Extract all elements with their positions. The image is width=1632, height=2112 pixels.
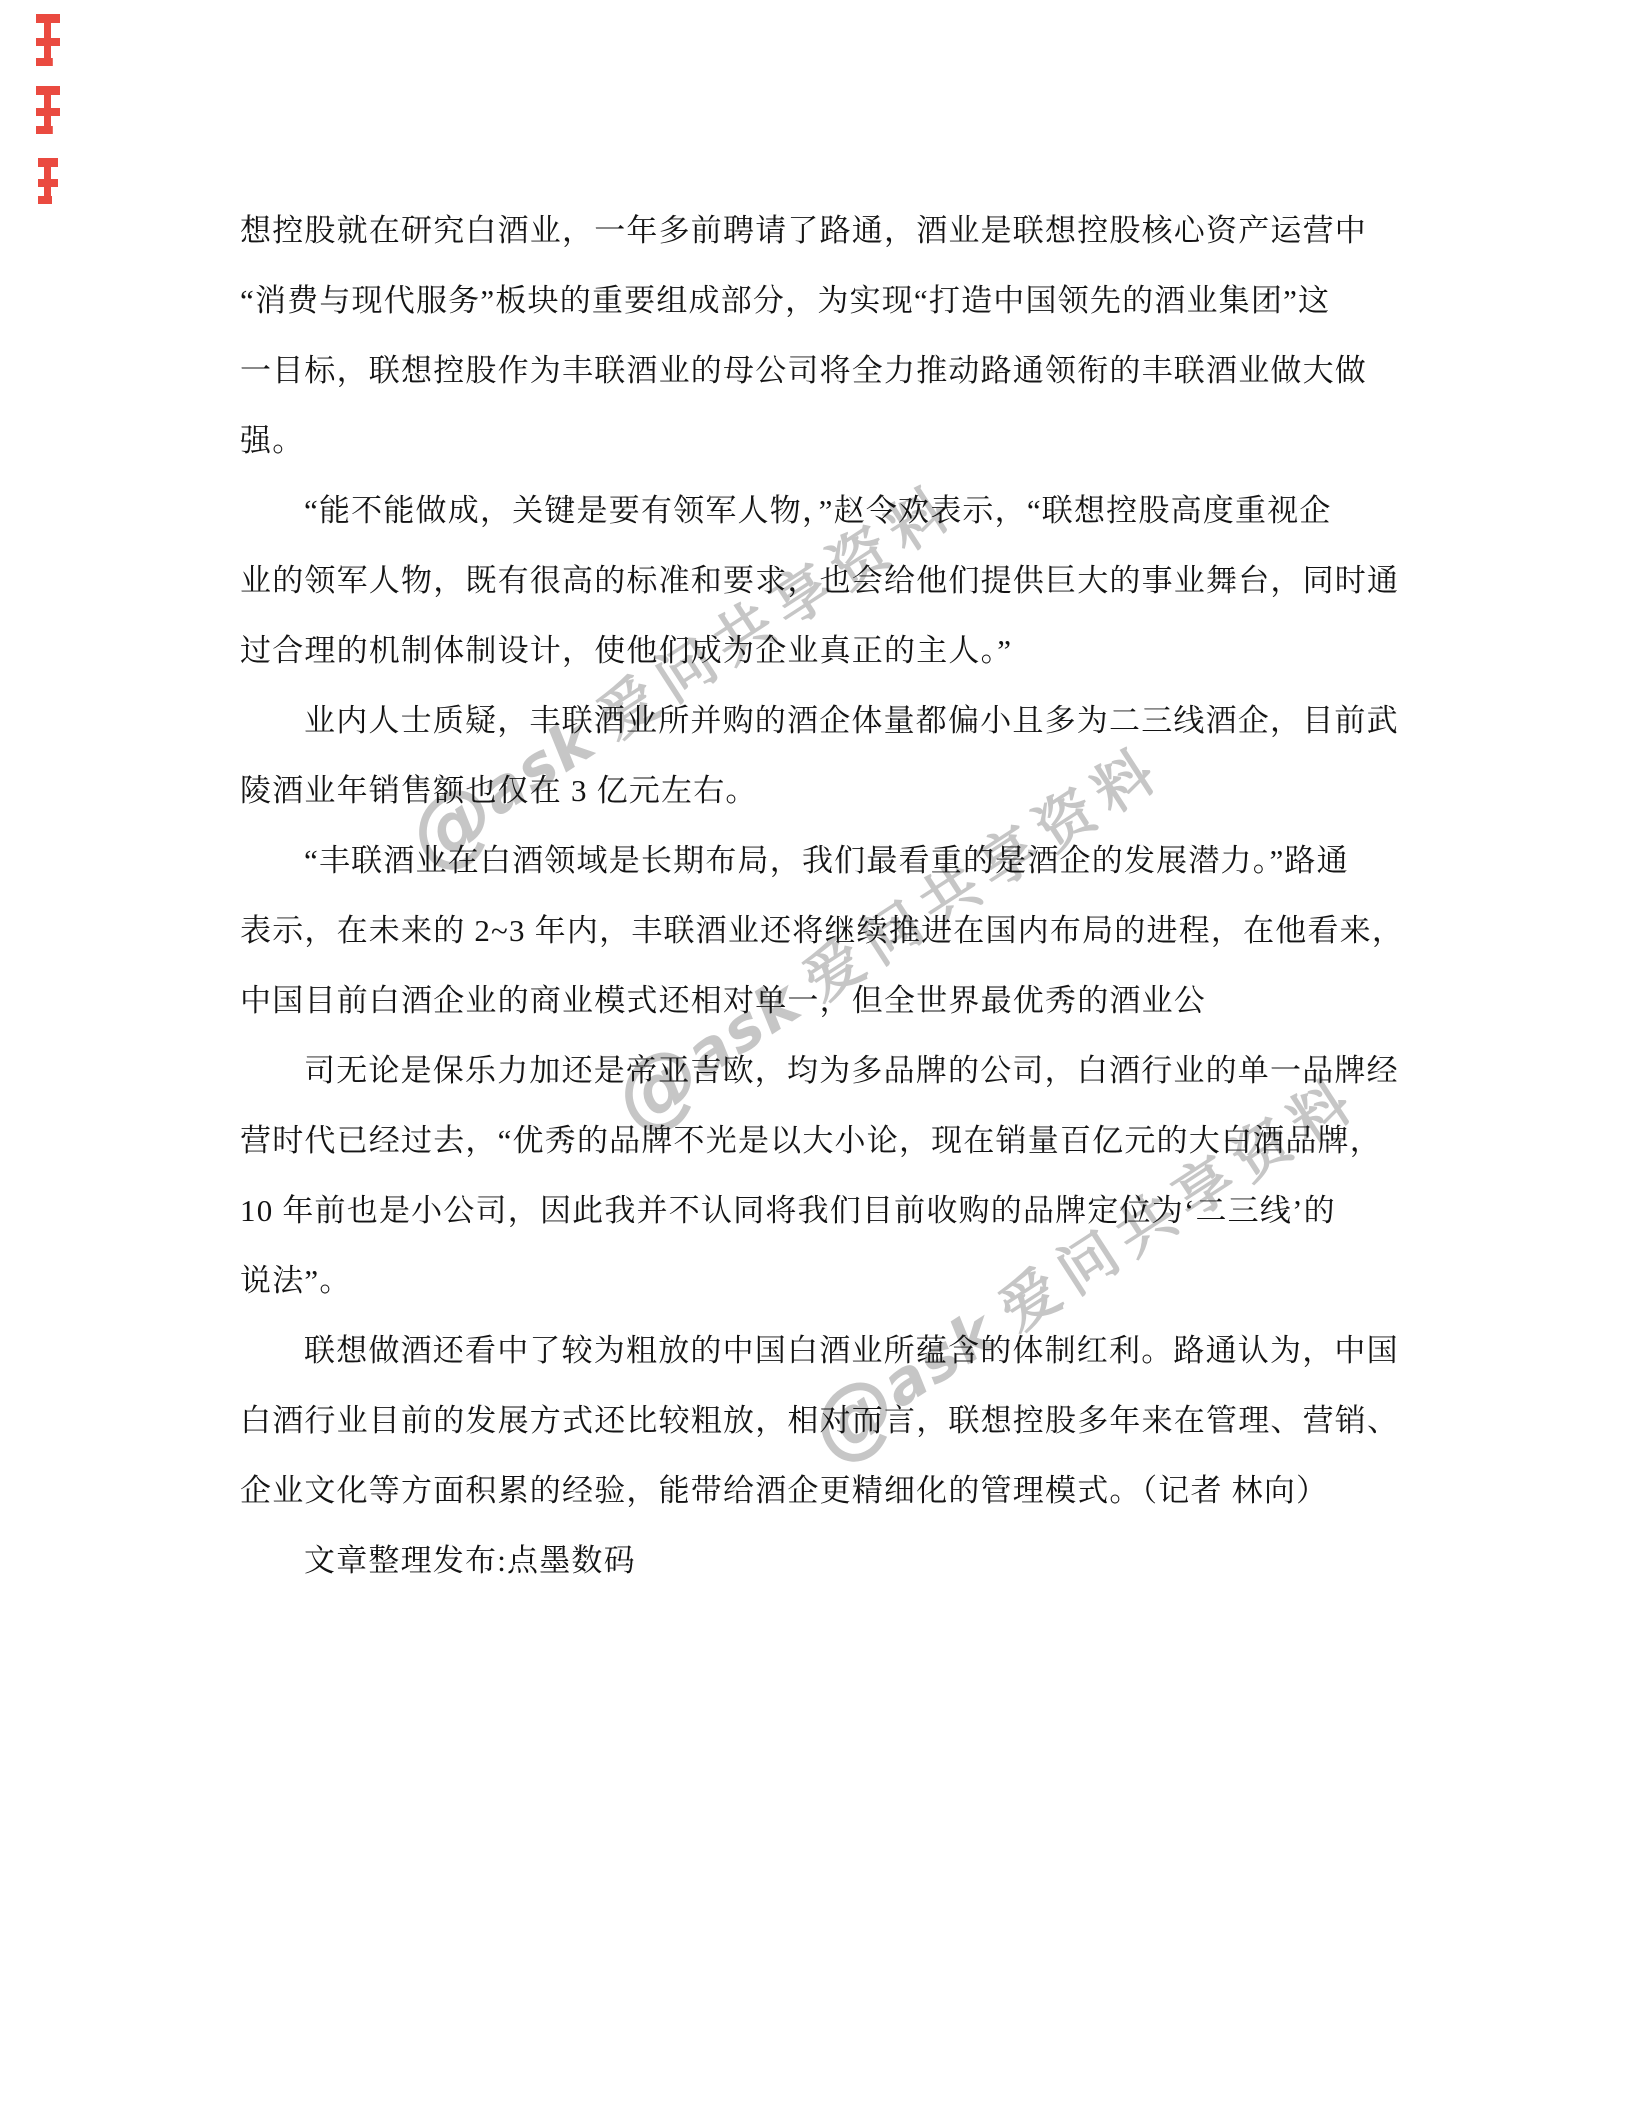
text-line: “消费与现代服务”板块的重要组成部分，为实现“打造中国领先的酒业集团”这 bbox=[240, 266, 1440, 336]
text-line: 白酒行业目前的发展方式还比较粗放，相对而言，联想控股多年来在管理、营销、 bbox=[240, 1386, 1440, 1456]
text-line: 司无论是保乐力加还是帝亚吉欧，均为多品牌的公司，白酒行业的单一品牌经 bbox=[240, 1036, 1440, 1106]
text-line: 业内人士质疑，丰联酒业所并购的酒企体量都偏小且多为二三线酒企，目前武 bbox=[240, 686, 1440, 756]
text-line: 陵酒业年销售额也仅在 3 亿元左右。 bbox=[240, 756, 1440, 826]
text-line: 文章整理发布:点墨数码 bbox=[240, 1526, 1440, 1596]
red-edge-mark bbox=[36, 14, 60, 66]
text-line: “能不能做成，关键是要有领军人物，”赵令欢表示，“联想控股高度重视企 bbox=[240, 476, 1440, 546]
text-line: 联想做酒还看中了较为粗放的中国白酒业所蕴含的体制红利。路通认为，中国 bbox=[240, 1316, 1440, 1386]
text-line: 中国目前白酒企业的商业模式还相对单一，但全世界最优秀的酒业公 bbox=[240, 966, 1440, 1036]
text-line: 表示，在未来的 2~3 年内，丰联酒业还将继续推进在国内布局的进程，在他看来， bbox=[240, 896, 1440, 966]
text-line: 10 年前也是小公司，因此我并不认同将我们目前收购的品牌定位为‘二三线’的 bbox=[240, 1176, 1440, 1246]
text-line: 企业文化等方面积累的经验，能带给酒企更精细化的管理模式。（记者 林向） bbox=[240, 1456, 1440, 1526]
document-page: @ask爱问共享资料 @ask爱问共享资料 @ask爱问共享资料 想控股就在研究… bbox=[0, 0, 1632, 2112]
text-line: 强。 bbox=[240, 406, 1440, 476]
text-line: 说法”。 bbox=[240, 1246, 1440, 1316]
text-line: 业的领军人物，既有很高的标准和要求，也会给他们提供巨大的事业舞台，同时通 bbox=[240, 546, 1440, 616]
text-line: 过合理的机制体制设计，使他们成为企业真正的主人。” bbox=[240, 616, 1440, 686]
text-line: 想控股就在研究白酒业，一年多前聘请了路通，酒业是联想控股核心资产运营中 bbox=[240, 196, 1440, 266]
red-edge-mark bbox=[38, 158, 58, 204]
text-line: 一目标，联想控股作为丰联酒业的母公司将全力推动路通领衔的丰联酒业做大做 bbox=[240, 336, 1440, 406]
red-edge-mark bbox=[36, 86, 60, 134]
text-line: “丰联酒业在白酒领域是长期布局，我们最看重的是酒企的发展潜力。”路通 bbox=[240, 826, 1440, 896]
text-line: 营时代已经过去，“优秀的品牌不光是以大小论，现在销量百亿元的大白酒品牌， bbox=[240, 1106, 1440, 1176]
article-body: 想控股就在研究白酒业，一年多前聘请了路通，酒业是联想控股核心资产运营中“消费与现… bbox=[240, 196, 1440, 1596]
